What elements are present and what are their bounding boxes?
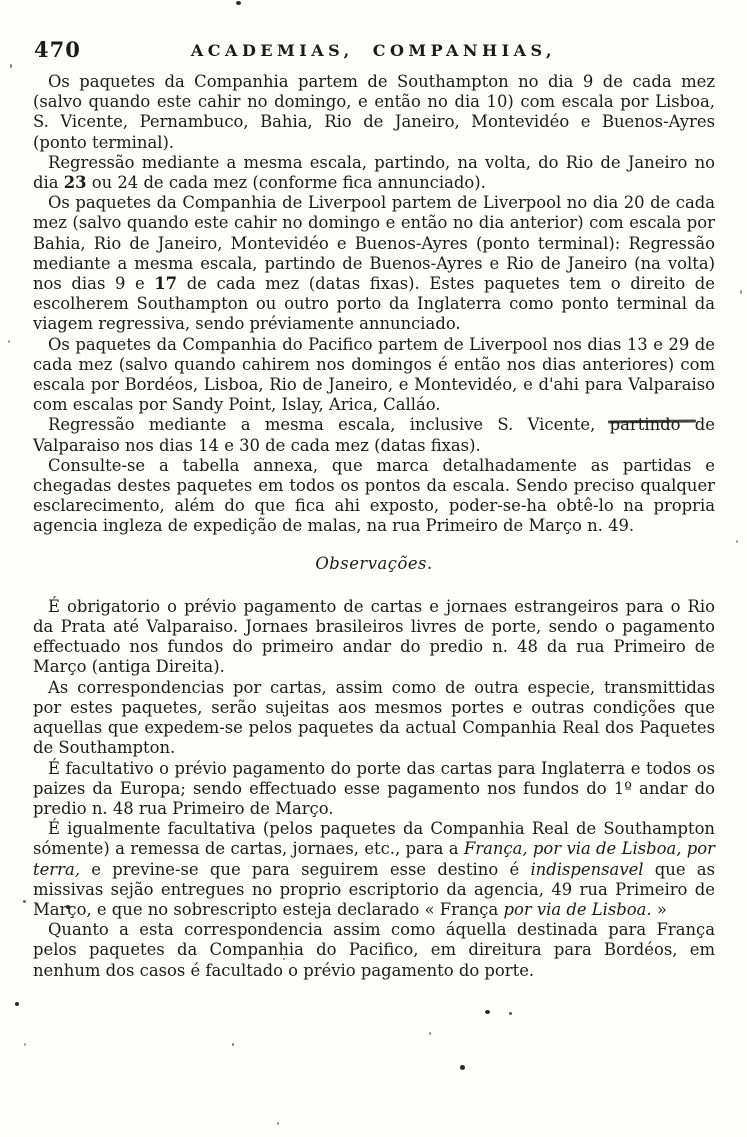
scan-speck bbox=[232, 1043, 234, 1046]
text-run: » bbox=[652, 900, 667, 919]
scan-speck bbox=[509, 1012, 512, 1015]
text-run: Os paquetes da Companhia do Pacifico par… bbox=[33, 335, 715, 415]
scan-speck bbox=[15, 1002, 19, 1006]
page-title: ACADEMIAS, COMPANHIAS, bbox=[0, 41, 747, 60]
text-run: Consulte-se a tabella annexa, que marca … bbox=[33, 456, 715, 536]
text-run: As correspondencias por cartas, assim co… bbox=[33, 678, 715, 758]
scan-speck bbox=[460, 1065, 465, 1070]
paragraph: As correspondencias por cartas, assim co… bbox=[33, 678, 715, 759]
scan-speck bbox=[24, 1043, 26, 1046]
paragraph: Os paquetes da Companhia do Pacifico par… bbox=[33, 335, 715, 416]
text-run: indispensavel bbox=[530, 860, 643, 879]
scan-speck bbox=[132, 947, 134, 950]
scan-speck bbox=[8, 340, 10, 343]
scan-speck bbox=[66, 905, 70, 909]
text-run: Os paquetes da Companhia partem de South… bbox=[33, 72, 715, 152]
paragraph: É obrigatorio o prévio pagamento de cart… bbox=[33, 597, 715, 678]
paragraph: Regressão mediante a mesma escala, parti… bbox=[33, 153, 715, 193]
scan-speck bbox=[277, 1122, 279, 1125]
text-block: Os paquetes da Companhia partem de South… bbox=[33, 72, 715, 981]
text-run: É obrigatorio o prévio pagamento de cart… bbox=[33, 597, 715, 677]
text-run: 17 bbox=[154, 274, 177, 293]
paragraph: Quanto a esta correspondencia assim como… bbox=[33, 920, 715, 981]
scan-speck bbox=[736, 540, 738, 543]
observations-section: É obrigatorio o prévio pagamento de cart… bbox=[33, 597, 715, 981]
text-run: ou 24 de cada mez (conforme fica annunci… bbox=[87, 173, 486, 192]
text-run: Quanto a esta correspondencia assim como… bbox=[33, 920, 715, 979]
text-run: 23 bbox=[64, 173, 87, 192]
scan-speck bbox=[23, 900, 26, 903]
paragraph: Os paquetes da Companhia partem de South… bbox=[33, 72, 715, 153]
paragraph: É igualmente facultativa (pelos paquetes… bbox=[33, 819, 715, 920]
intro-section: Os paquetes da Companhia partem de South… bbox=[33, 72, 715, 537]
observations-heading: Observações. bbox=[33, 554, 715, 574]
text-run: por via de Lisboa. bbox=[503, 900, 651, 919]
scan-speck bbox=[429, 1032, 431, 1035]
scanned-book-page: 470 ACADEMIAS, COMPANHIAS, Os paquetes d… bbox=[0, 0, 747, 1137]
scan-speck bbox=[740, 290, 742, 294]
text-run: e previne-se que para seguirem esse dest… bbox=[80, 860, 530, 879]
text-run: É facultativo o prévio pagamento do port… bbox=[33, 759, 715, 818]
scan-speck bbox=[236, 1, 241, 5]
scan-speck bbox=[485, 1010, 490, 1014]
scan-speck bbox=[10, 64, 12, 68]
paragraph: Os paquetes da Companhia de Liverpool pa… bbox=[33, 193, 715, 334]
paragraph: Consulte-se a tabella annexa, que marca … bbox=[33, 456, 715, 537]
paragraph: É facultativo o prévio pagamento do port… bbox=[33, 759, 715, 820]
scan-speck bbox=[283, 958, 285, 960]
